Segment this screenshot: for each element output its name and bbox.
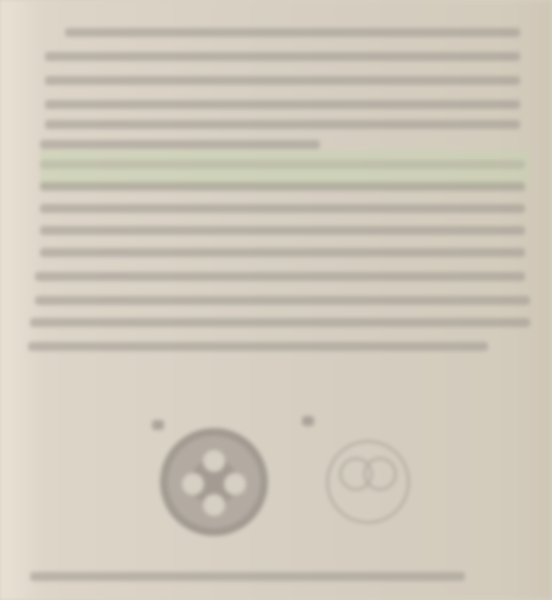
text-line <box>35 296 530 305</box>
text-line <box>40 160 525 169</box>
text-line <box>40 140 320 149</box>
text-line <box>40 226 525 235</box>
text-line <box>45 120 520 129</box>
text-line <box>40 204 525 213</box>
figure-panel-b <box>326 440 410 524</box>
text-line <box>45 52 520 61</box>
figure-caption <box>30 572 465 581</box>
text-line <box>35 272 525 281</box>
figure-label-a <box>152 420 164 430</box>
text-line <box>40 248 525 257</box>
figure-label-b <box>302 416 314 426</box>
text-line <box>40 182 525 191</box>
text-line <box>28 342 488 351</box>
text-line <box>45 76 520 85</box>
book-page <box>0 0 552 600</box>
text-line <box>45 100 520 109</box>
text-line <box>65 28 520 37</box>
figure-panel-a <box>160 428 268 536</box>
text-line <box>30 318 530 327</box>
